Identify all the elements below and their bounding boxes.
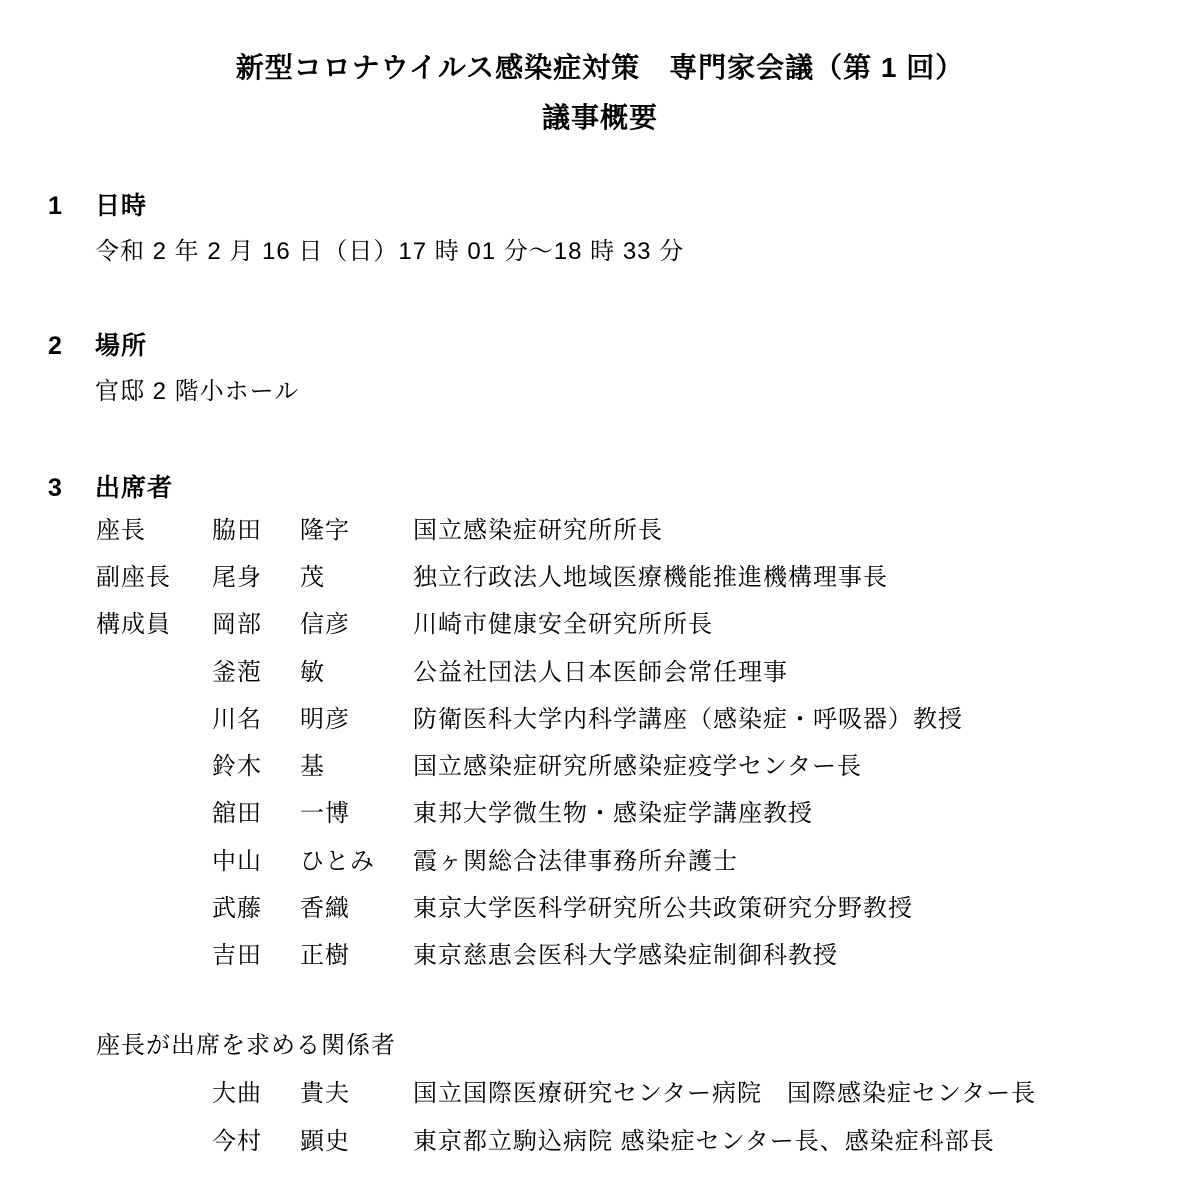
attendee-surname: 武藤 xyxy=(212,897,262,921)
attendee-row: 中山 ひとみ 霞ヶ関総合法律事務所弁護士 xyxy=(0,850,1200,897)
document-page: 新型コロナウイルス感染症対策 専門家会議（第 1 回） 議事概要 1 日時 令和… xyxy=(0,0,1200,1183)
attendee-given-name: 信彦 xyxy=(300,613,350,637)
attendee-given-name: 香織 xyxy=(300,897,350,921)
attendee-surname: 中山 xyxy=(212,850,262,874)
section-2-number: 2 xyxy=(48,334,63,359)
section-2-body: 官邸 2 階小ホール xyxy=(95,380,299,404)
attendee-given-name: 基 xyxy=(300,755,325,779)
attendee-row: 吉田 正樹 東京慈恵会医科大学感染症制御科教授 xyxy=(0,944,1200,991)
attendee-row: 座長 脇田 隆字 国立感染症研究所所長 xyxy=(0,519,1200,566)
section-1-heading: 日時 xyxy=(95,194,147,219)
attendee-affiliation: 独立行政法人地域医療機能推進機構理事長 xyxy=(413,566,888,590)
attendee-given-name: ひとみ xyxy=(300,850,375,874)
related-surname: 大曲 xyxy=(212,1082,262,1106)
section-3-heading: 出席者 xyxy=(95,476,173,501)
attendee-affiliation: 川崎市健康安全研究所所長 xyxy=(413,613,713,637)
attendee-affiliation: 東京大学医科学研究所公共政策研究分野教授 xyxy=(413,897,913,921)
document-subtitle: 議事概要 xyxy=(0,104,1200,132)
section-1-body: 令和 2 年 2 月 16 日（日）17 時 01 分～18 時 33 分 xyxy=(95,240,684,264)
attendee-surname: 鈴木 xyxy=(212,755,262,779)
attendee-row: 構成員 岡部 信彦 川崎市健康安全研究所所長 xyxy=(0,613,1200,660)
attendee-affiliation: 東邦大学微生物・感染症学講座教授 xyxy=(413,802,813,826)
attendee-given-name: 茂 xyxy=(300,566,325,590)
attendee-affiliation: 公益社団法人日本医師会常任理事 xyxy=(413,661,788,685)
attendee-affiliation: 霞ヶ関総合法律事務所弁護士 xyxy=(413,850,738,874)
attendee-affiliation: 防衛医科大学内科学講座（感染症・呼吸器）教授 xyxy=(413,708,963,732)
attendee-role: 構成員 xyxy=(96,613,171,637)
section-1-number: 1 xyxy=(48,194,63,219)
attendee-role: 座長 xyxy=(96,519,146,543)
attendee-row: 武藤 香織 東京大学医科学研究所公共政策研究分野教授 xyxy=(0,897,1200,944)
related-person-row: 大曲 貴夫 国立国際医療研究センター病院 国際感染症センター長 xyxy=(0,1082,1200,1129)
attendee-surname: 尾身 xyxy=(212,566,262,590)
attendee-surname: 脇田 xyxy=(212,519,262,543)
related-surname: 今村 xyxy=(212,1130,262,1154)
document-title: 新型コロナウイルス感染症対策 専門家会議（第 1 回） xyxy=(0,54,1200,82)
attendee-surname: 舘田 xyxy=(212,802,262,826)
attendee-surname: 釜萢 xyxy=(212,661,262,685)
related-affiliation: 東京都立駒込病院 感染症センター長、感染症科部長 xyxy=(413,1130,995,1154)
attendee-given-name: 隆字 xyxy=(300,519,350,543)
attendee-given-name: 敏 xyxy=(300,661,325,685)
attendee-row: 鈴木 基 国立感染症研究所感染症疫学センター長 xyxy=(0,755,1200,802)
attendee-row: 副座長 尾身 茂 独立行政法人地域医療機能推進機構理事長 xyxy=(0,566,1200,613)
attendee-given-name: 一博 xyxy=(300,802,350,826)
related-person-row: 今村 顕史 東京都立駒込病院 感染症センター長、感染症科部長 xyxy=(0,1130,1200,1177)
attendee-affiliation: 東京慈恵会医科大学感染症制御科教授 xyxy=(413,944,838,968)
related-given-name: 顕史 xyxy=(300,1130,350,1154)
attendee-affiliation: 国立感染症研究所所長 xyxy=(413,519,663,543)
attendee-given-name: 明彦 xyxy=(300,708,350,732)
attendee-surname: 岡部 xyxy=(212,613,262,637)
section-2-heading: 場所 xyxy=(95,334,147,359)
attendee-surname: 川名 xyxy=(212,708,262,732)
attendee-row: 釜萢 敏 公益社団法人日本医師会常任理事 xyxy=(0,661,1200,708)
attendee-affiliation: 国立感染症研究所感染症疫学センター長 xyxy=(413,755,862,779)
attendee-row: 舘田 一博 東邦大学微生物・感染症学講座教授 xyxy=(0,802,1200,849)
related-persons-heading: 座長が出席を求める関係者 xyxy=(96,1034,396,1058)
related-given-name: 貴夫 xyxy=(300,1082,350,1106)
attendee-row: 川名 明彦 防衛医科大学内科学講座（感染症・呼吸器）教授 xyxy=(0,708,1200,755)
related-affiliation: 国立国際医療研究センター病院 国際感染症センター長 xyxy=(413,1082,1036,1106)
section-3-number: 3 xyxy=(48,476,63,501)
attendee-given-name: 正樹 xyxy=(300,944,350,968)
attendee-role: 副座長 xyxy=(96,566,171,590)
attendee-surname: 吉田 xyxy=(212,944,262,968)
